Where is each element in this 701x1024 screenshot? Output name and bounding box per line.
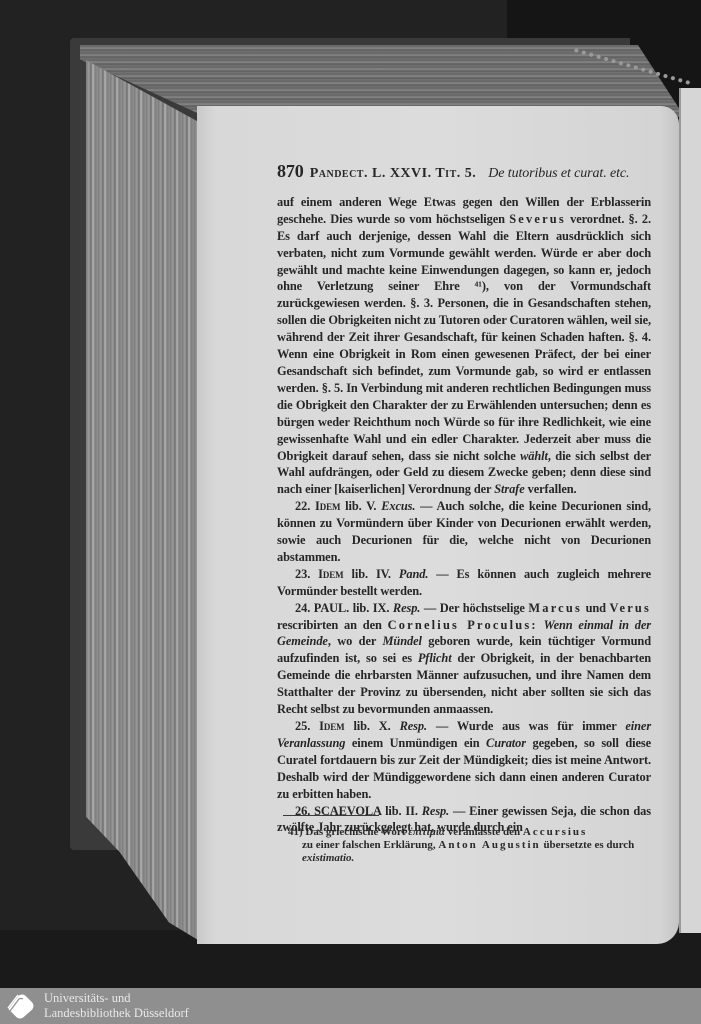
fragment-work: Resp. <box>393 601 420 615</box>
person-name: Accursius <box>523 826 587 838</box>
fragment-work: Resp. <box>422 804 449 818</box>
fragment-number: 22. <box>295 499 310 513</box>
fragment-work: Pand. <box>399 567 428 581</box>
text: Das griechische Wort <box>305 826 405 838</box>
person-name: Verus <box>610 601 652 615</box>
text: veranlasste den <box>448 826 520 838</box>
text: rescribirten an den <box>277 618 382 632</box>
text-italic: Strafe <box>494 482 524 496</box>
library-name-line1: Universitäts- und <box>44 991 189 1006</box>
fragment-book: lib. II. <box>385 804 418 818</box>
page-number: 870 <box>277 163 304 180</box>
library-name-line2: Landesbibliothek Düsseldorf <box>44 1006 189 1021</box>
text: — Wurde aus was für immer <box>436 719 617 733</box>
footnote-rule <box>283 815 379 816</box>
text: und <box>586 601 606 615</box>
text: — Der höchstselige <box>424 601 525 615</box>
footnote-continuation: zu einer falschen Erklärung, Anton Augus… <box>288 839 648 865</box>
person-name: Anton Augustin <box>438 839 540 851</box>
person-name: Cornelius Proculus: <box>388 618 538 632</box>
fragment-book: lib. IV. <box>352 567 391 581</box>
text: , wo der <box>328 634 376 648</box>
greek-word: ἐπιτιμία <box>408 826 445 838</box>
fragment-work: Resp. <box>400 719 427 733</box>
fragment-number: 23. <box>295 567 310 581</box>
fragment-book: lib. X. <box>353 719 390 733</box>
library-footer: Universitäts- und Landesbibliothek Düsse… <box>0 988 701 1024</box>
text: verordnet. §. 2. Es darf auch derjenige,… <box>277 212 651 463</box>
text-italic: existimatio. <box>302 852 354 864</box>
fragment-author: PAUL. <box>314 601 349 615</box>
fragment-book: lib. V. <box>345 499 376 513</box>
title-ref: De tutoribus et curat. etc. <box>488 166 629 183</box>
fragment-author: Idem <box>319 719 344 733</box>
text-italic: Curator <box>486 736 526 750</box>
paragraph-continuation: auf einem anderen Wege Etwas gegen den W… <box>277 194 651 498</box>
book-logo-icon[interactable] <box>6 991 36 1021</box>
text-italic: wählt <box>520 449 548 463</box>
fragment-number: 24. <box>295 601 310 615</box>
fragment-work: Excus. <box>381 499 415 513</box>
text-italic: Mündel <box>382 634 421 648</box>
fragment-author: Idem <box>318 567 343 581</box>
page-text: 870 Pandect. L. XXVI. Tit. 5. De tutorib… <box>277 163 651 836</box>
fragment-author: Idem <box>315 499 340 513</box>
book-side-page-edges <box>86 60 198 940</box>
text: einem Unmündigen ein <box>352 736 480 750</box>
footnote-41: 41) Das griechische Wort ἐπιτιμία veranl… <box>288 826 648 865</box>
text: zu einer falschen Erklärung, <box>302 839 436 851</box>
person-name: Severus <box>509 212 566 226</box>
text: übersetzte es durch <box>543 839 634 851</box>
running-head: 870 Pandect. L. XXVI. Tit. 5. De tutorib… <box>277 163 651 183</box>
paragraph-22: 22. Idem lib. V. Excus. — Auch solche, d… <box>277 498 651 566</box>
text: verfallen. <box>528 482 577 496</box>
text-italic: Pflicht <box>418 651 452 665</box>
paragraph-23: 23. Idem lib. IV. Pand. — Es können auch… <box>277 566 651 600</box>
paragraph-25: 25. Idem lib. X. Resp. — Wurde aus was f… <box>277 718 651 803</box>
facing-page <box>679 88 701 933</box>
person-name: Marcus <box>528 601 582 615</box>
footnote-marker: 41) <box>288 826 303 838</box>
section-ref: Pandect. L. XXVI. Tit. 5. <box>310 166 477 183</box>
fragment-number: 25. <box>295 719 310 733</box>
paragraph-24: 24. PAUL. lib. IX. Resp. — Der höchstsel… <box>277 600 651 718</box>
library-name[interactable]: Universitäts- und Landesbibliothek Düsse… <box>44 991 189 1021</box>
fragment-book: lib. IX. <box>353 601 390 615</box>
